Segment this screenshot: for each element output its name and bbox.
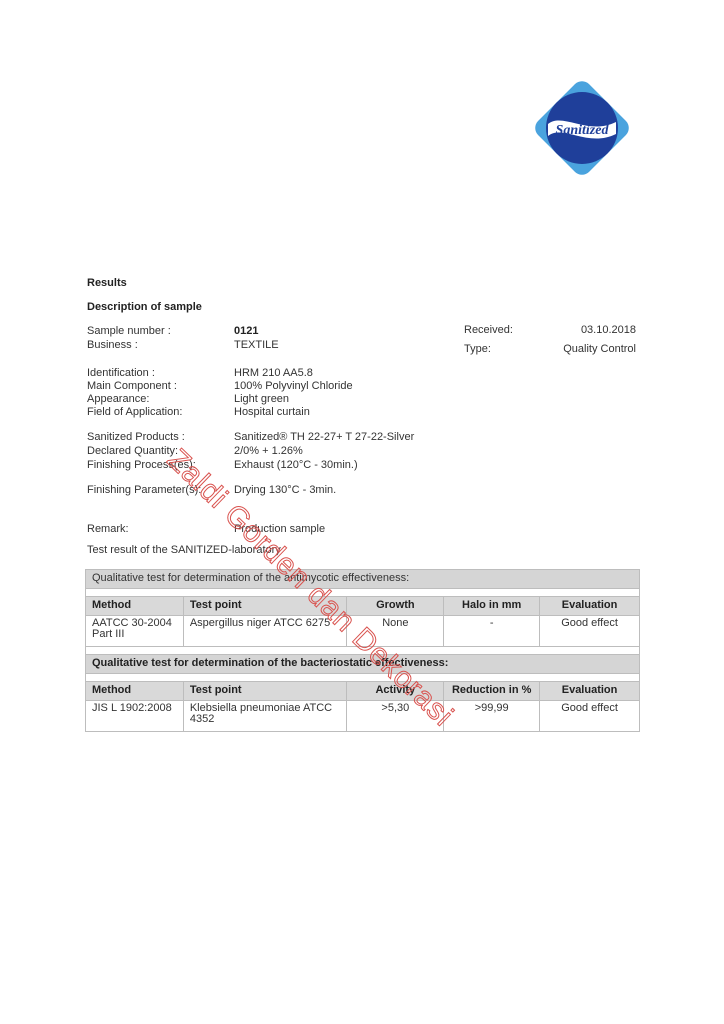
bacteriostatic-caption: Qualitative test for determination of th… [86, 655, 640, 674]
header-method: Method [86, 682, 184, 701]
cell-test-point: Aspergillus niger ATCC 6275 [183, 616, 347, 647]
quantity-value: 2/0% + 1.26% [234, 445, 303, 459]
table-row: JIS L 1902:2008 Klebsiella pneumoniae AT… [86, 701, 640, 732]
business-label: Business : [87, 339, 138, 353]
antimycotic-header-row: Method Test point Growth Halo in mm Eval… [86, 597, 640, 616]
sample-number-label: Sample number : [87, 325, 171, 339]
process-label: Finishing Process(es): [87, 459, 196, 473]
cell-evaluation: Good effect [540, 616, 640, 647]
header-test-point: Test point [183, 682, 347, 701]
header-evaluation: Evaluation [540, 597, 640, 616]
identification-label: Identification : [87, 367, 155, 381]
products-value: Sanitized® TH 22-27+ T 27-22-Silver [234, 431, 414, 445]
cell-reduction: >99,99 [444, 701, 540, 732]
cell-growth: None [347, 616, 444, 647]
cell-method: JIS L 1902:2008 [86, 701, 184, 732]
appearance-value: Light green [234, 393, 289, 407]
received-label: Received: [464, 324, 513, 338]
antimycotic-caption: Qualitative test for determination of th… [86, 570, 640, 589]
process-value: Exhaust (120°C - 30min.) [234, 459, 358, 473]
field-value: Hospital curtain [234, 406, 310, 420]
antimycotic-caption-row: Qualitative test for determination of th… [86, 570, 640, 589]
cell-activity: >5,30 [347, 701, 444, 732]
type-value: Quality Control [563, 343, 636, 357]
header-halo: Halo in mm [444, 597, 540, 616]
field-label: Field of Application: [87, 406, 182, 420]
header-evaluation: Evaluation [540, 682, 640, 701]
header-reduction: Reduction in % [444, 682, 540, 701]
cell-method: AATCC 30-2004 Part III [86, 616, 184, 647]
header-growth: Growth [347, 597, 444, 616]
sample-number-value: 0121 [234, 325, 258, 339]
main-component-label: Main Component : [87, 380, 177, 394]
remark-value: Production sample [234, 523, 325, 537]
results-heading: Results [87, 277, 127, 289]
received-value: 03.10.2018 [581, 324, 636, 338]
type-label: Type: [464, 343, 491, 357]
identification-value: HRM 210 AA5.8 [234, 367, 313, 381]
parameters-value: Drying 130°C - 3min. [234, 484, 336, 498]
header-test-point: Test point [183, 597, 347, 616]
cell-evaluation: Good effect [540, 701, 640, 732]
quantity-label: Declared Quantity: [87, 445, 178, 459]
description-heading: Description of sample [87, 301, 202, 313]
appearance-label: Appearance: [87, 393, 149, 407]
results-table: Qualitative test for determination of th… [85, 569, 640, 732]
bacteriostatic-header-row: Method Test point Activity Reduction in … [86, 682, 640, 701]
business-value: TEXTILE [234, 339, 279, 353]
header-activity: Activity [347, 682, 444, 701]
svg-text:Sanitized: Sanitized [556, 123, 610, 138]
remark-label: Remark: [87, 523, 129, 537]
table-row: AATCC 30-2004 Part III Aspergillus niger… [86, 616, 640, 647]
parameters-label: Finishing Parameter(s): [87, 484, 201, 498]
main-component-value: 100% Polyvinyl Chloride [234, 380, 353, 394]
lab-line: Test result of the SANITIZED-laboratory [87, 544, 281, 558]
cell-test-point: Klebsiella pneumoniae ATCC 4352 [183, 701, 347, 732]
header-method: Method [86, 597, 184, 616]
sanitized-logo: Sanitized [528, 74, 636, 182]
cell-halo: - [444, 616, 540, 647]
products-label: Sanitized Products : [87, 431, 185, 445]
bacteriostatic-caption-row: Qualitative test for determination of th… [86, 655, 640, 674]
